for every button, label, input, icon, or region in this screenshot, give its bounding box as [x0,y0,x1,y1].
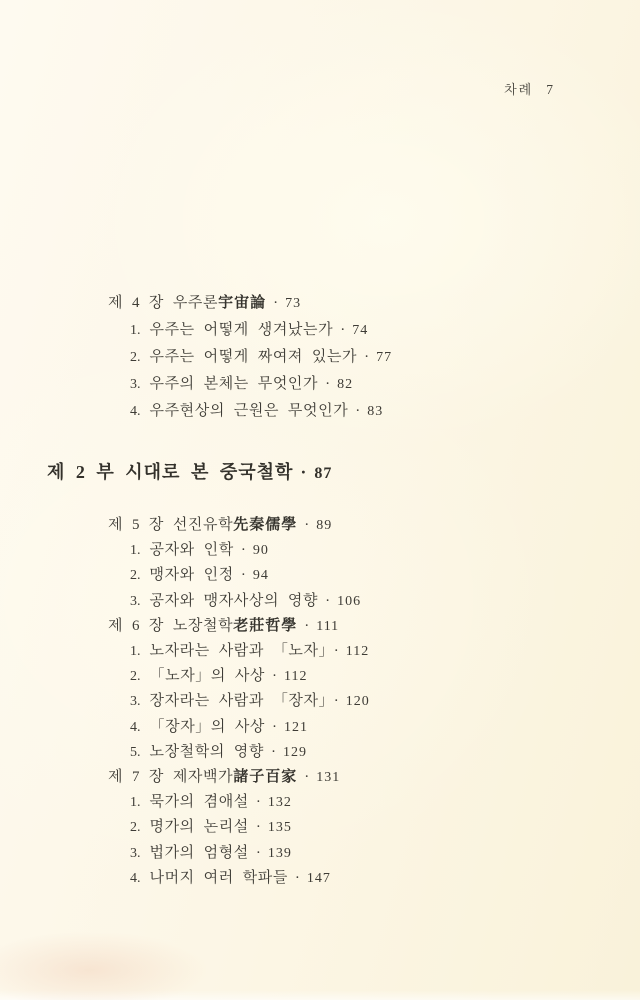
item-text: 나머지 여러 학파들 [150,870,288,886]
lower-chapters: 제 5 장 선진유학先秦儒學·89 1.공자와 인학·90 2.맹자와 인정·9… [108,513,370,891]
chapter-title-line: 제 6 장 노장철학老莊哲學·111 [108,614,370,639]
part-title: 제 2 부 시대로 본 중국철학 [47,462,293,482]
chapter-title-hanja: 宇宙論 [218,295,266,311]
dot-separator: · [256,819,261,835]
dot-separator: · [304,769,309,785]
item-text: 노자라는 사람과 「노자」 [150,643,327,659]
item-page-number: 112 [284,669,307,684]
dot-separator: · [340,322,345,338]
item-number: 2. [130,350,141,365]
item-page-number: 77 [376,350,392,365]
toc-item: 1.노자라는 사람과 「노자」·112 [108,639,370,664]
toc-item: 3.우주의 본체는 무엇인가·82 [108,371,392,398]
item-page-number: 139 [268,846,292,861]
item-number: 3. [130,377,141,392]
item-page-number: 129 [283,745,307,760]
scanned-book-page: 차례7 제 4 장 우주론宇宙論·73 1.우주는 어떻게 생겨났는가·74 2… [0,0,640,1000]
item-text: 우주현상의 근원은 무엇인가 [150,403,349,419]
item-text: 공자와 맹자사상의 영향 [150,593,319,609]
toc-item: 1.공자와 인학·90 [108,538,370,563]
chapter-page-number: 111 [316,619,339,634]
dot-separator: · [241,567,246,583]
item-text: 우주는 어떻게 짜여져 있는가 [150,349,358,365]
item-number: 4. [130,720,141,735]
toc-item: 2.「노자」의 사상·112 [108,664,370,689]
chapter-title-hanja: 先秦儒學 [233,517,297,533]
chapter-title-hanja: 諸子百家 [233,769,297,785]
item-number: 3. [130,694,141,709]
item-text: 맹자와 인정 [150,567,234,583]
item-number: 1. [130,795,141,810]
item-number: 2. [130,820,141,835]
toc-item: 2.맹자와 인정·94 [108,563,370,588]
toc-item: 2.명가의 논리설·135 [108,815,370,840]
chapter-title-line: 제 7 장 제자백가諸子百家·131 [108,765,370,790]
chapter-page-number: 131 [316,770,340,785]
item-page-number: 112 [346,644,369,659]
item-page-number: 90 [253,543,269,558]
dot-separator: · [364,349,369,365]
item-page-number: 120 [346,694,370,709]
item-number: 5. [130,745,141,760]
toc-item: 4.우주현상의 근원은 무엇인가·83 [108,398,392,425]
toc-item: 4.나머지 여러 학파들·147 [108,866,370,891]
item-text: 장자라는 사람과 「장자」 [150,693,327,709]
item-number: 2. [130,568,141,583]
item-text: 우주의 본체는 무엇인가 [150,376,319,392]
chapter-title-hanja: 老莊哲學 [233,618,297,634]
toc-item: 3.공자와 맹자사상의 영향·106 [108,589,370,614]
dot-separator: · [325,593,330,609]
item-text: 공자와 인학 [150,542,234,558]
dot-separator: · [325,376,330,392]
dot-separator: · [295,870,300,886]
dot-separator: · [273,295,278,311]
item-number: 1. [130,644,141,659]
item-text: 노장철학의 영향 [150,744,264,760]
dot-separator: · [334,693,339,709]
dot-separator: · [271,744,276,760]
chapter-4-block: 제 4 장 우주론宇宙論·73 1.우주는 어떻게 생겨났는가·74 2.우주는… [108,290,392,425]
item-page-number: 94 [253,568,269,583]
chapter-title: 제 5 장 선진유학 [108,517,233,533]
item-page-number: 82 [337,377,353,392]
dot-separator: · [272,719,277,735]
dot-separator: · [304,517,309,533]
chapter-title: 제 6 장 노장철학 [108,618,233,634]
toc-item: 3.법가의 엄형설·139 [108,841,370,866]
item-number: 3. [130,594,141,609]
item-number: 1. [130,543,141,558]
item-number: 4. [130,871,141,886]
item-text: 「장자」의 사상 [150,719,266,735]
item-page-number: 74 [352,323,368,338]
item-text: 묵가의 겸애설 [150,794,249,810]
toc-item: 2.우주는 어떻게 짜여져 있는가·77 [108,344,392,371]
item-page-number: 106 [337,594,361,609]
chapter-title-line: 제 5 장 선진유학先秦儒學·89 [108,513,370,538]
toc-item: 1.우주는 어떻게 생겨났는가·74 [108,317,392,344]
item-number: 4. [130,404,141,419]
dot-separator: · [256,845,261,861]
chapter-7-block: 제 7 장 제자백가諸子百家·131 1.묵가의 겸애설·132 2.명가의 논… [108,765,370,891]
item-number: 1. [130,323,141,338]
item-text: 법가의 엄형설 [150,845,249,861]
chapter-5-block: 제 5 장 선진유학先秦儒學·89 1.공자와 인학·90 2.맹자와 인정·9… [108,513,370,614]
toc-item: 1.묵가의 겸애설·132 [108,790,370,815]
chapter-6-block: 제 6 장 노장철학老莊哲學·111 1.노자라는 사람과 「노자」·112 2… [108,614,370,765]
toc-item: 5.노장철학의 영향·129 [108,740,370,765]
dot-separator: · [241,542,246,558]
part-page-number: 87 [314,465,332,482]
dot-separator: · [300,462,307,482]
item-page-number: 147 [307,871,331,886]
dot-separator: · [334,643,339,659]
dot-separator: · [355,403,360,419]
chapter-title: 제 4 장 우주론 [108,295,218,311]
dot-separator: · [272,668,277,684]
chapter-page-number: 89 [316,518,332,533]
chapter-title: 제 7 장 제자백가 [108,769,233,785]
toc-item: 4.「장자」의 사상·121 [108,715,370,740]
dot-separator: · [256,794,261,810]
item-text: 「노자」의 사상 [150,668,266,684]
item-page-number: 135 [268,820,292,835]
item-number: 3. [130,846,141,861]
item-number: 2. [130,669,141,684]
part-2-heading: 제 2 부 시대로 본 중국철학·87 [47,460,332,486]
item-text: 명가의 논리설 [150,819,249,835]
item-page-number: 132 [268,795,292,810]
item-page-number: 121 [284,720,308,735]
item-text: 우주는 어떻게 생겨났는가 [150,322,334,338]
running-header-page-number: 7 [546,82,553,97]
toc-item: 3.장자라는 사람과 「장자」·120 [108,689,370,714]
chapter-page-number: 73 [285,296,301,311]
running-header: 차례7 [0,79,553,98]
running-header-title: 차례 [504,82,533,97]
dot-separator: · [304,618,309,634]
chapter-title-line: 제 4 장 우주론宇宙論·73 [108,290,392,317]
item-page-number: 83 [367,404,383,419]
